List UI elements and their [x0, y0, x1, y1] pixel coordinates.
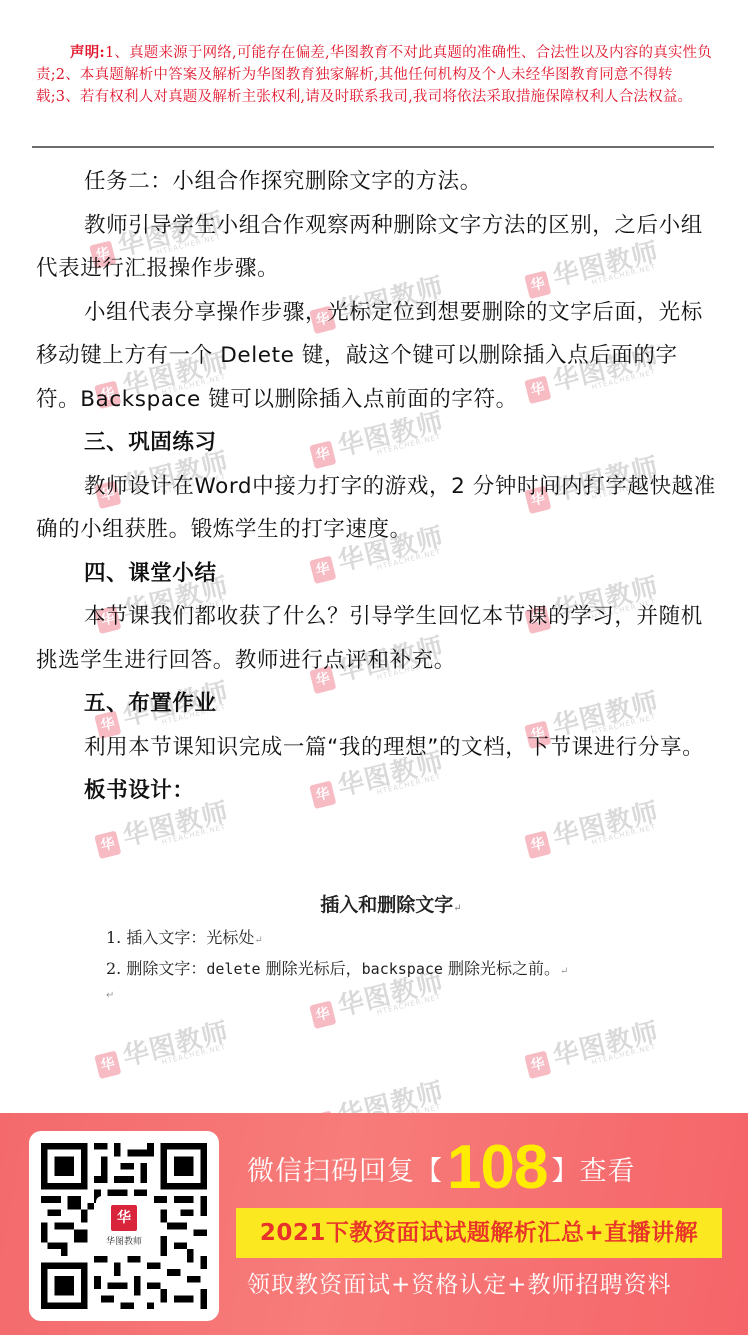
heading-summary: 四、课堂小结	[36, 552, 716, 596]
scan-instruction: 微信扫码回复【108】查看	[247, 1137, 635, 1199]
divider	[32, 146, 714, 148]
heading-board-design: 板书设计：	[36, 769, 716, 813]
board-item-delete: 2. 删除文字：delete 删除光标后，backspace 删除光标之前。↵	[106, 955, 666, 986]
paragraph-summary: 本节课我们都收获了什么？引导学生回忆本节课的学习，并随机挑选学生进行回答。教师进…	[36, 595, 716, 682]
paragraph-task-two: 任务二：小组合作探究删除文字的方法。	[36, 160, 716, 204]
board-title: 插入和删除文字↵	[116, 890, 666, 924]
qr-center-logo: 华 华图教师	[96, 1196, 152, 1256]
heading-homework: 五、布置作业	[36, 682, 716, 726]
resource-offer: 领取教资面试+资格认定+教师招聘资料	[247, 1268, 672, 1302]
heading-practice: 三、巩固练习	[36, 421, 716, 465]
qr-code[interactable]: 华 华图教师	[29, 1131, 219, 1321]
watermark-logo-icon: 华	[524, 1050, 551, 1079]
disclaimer-label: 声明:	[70, 44, 105, 61]
watermark: 华华图教师HTEACHER.NET	[523, 1019, 662, 1082]
brand-logo-icon: 华	[111, 1205, 137, 1231]
watermark: 华华图教师HTEACHER.NET	[93, 1019, 232, 1082]
promo-banner: 华 华图教师 微信扫码回复【108】查看 2021下教资面试试题解析汇总+直播讲…	[0, 1113, 748, 1335]
disclaimer: 声明:1、真题来源于网络,可能存在偏差,华图教育不对此真题的准确性、合法性以及内…	[36, 42, 712, 108]
paragraph-delete-steps: 小组代表分享操作步骤，光标定位到想要删除的文字后面，光标移动键上方有一个 Del…	[36, 291, 716, 422]
board-design: 插入和删除文字↵ 1. 插入文字：光标处↵ 2. 删除文字：delete 删除光…	[106, 890, 666, 986]
watermark-logo-icon: 华	[309, 1000, 336, 1029]
paragraph-mark-icon: ↵	[106, 990, 114, 1001]
watermark-logo-icon: 华	[94, 830, 121, 859]
brand-logo-text: 华图教师	[106, 1234, 142, 1247]
watermark-logo-icon: 华	[524, 830, 551, 859]
paragraph-mark-icon: ↵	[254, 935, 262, 946]
paragraph-homework: 利用本节课知识完成一篇“我的理想”的文档，下节课进行分享。	[36, 726, 716, 770]
paragraph-group-observe: 教师引导学生小组合作观察两种删除文字方法的区别，之后小组代表进行汇报操作步骤。	[36, 204, 716, 291]
highlight-box: 2021下教资面试试题解析汇总+直播讲解	[236, 1208, 722, 1258]
watermark-logo-icon: 华	[94, 1050, 121, 1079]
disclaimer-text: 1、真题来源于网络,可能存在偏差,华图教育不对此真题的准确性、合法性以及内容的真…	[36, 45, 712, 105]
reply-code: 108	[447, 1137, 547, 1199]
paragraph-mark-icon: ↵	[453, 903, 461, 914]
paragraph-typing-game: 教师设计在Word中接力打字的游戏，2 分钟时间内打字越快越准确的小组获胜。锻炼…	[36, 465, 716, 552]
document-body: 任务二：小组合作探究删除文字的方法。 教师引导学生小组合作观察两种删除文字方法的…	[36, 160, 716, 813]
paragraph-mark-icon: ↵	[560, 966, 568, 977]
board-item-insert: 1. 插入文字：光标处↵	[106, 924, 666, 955]
